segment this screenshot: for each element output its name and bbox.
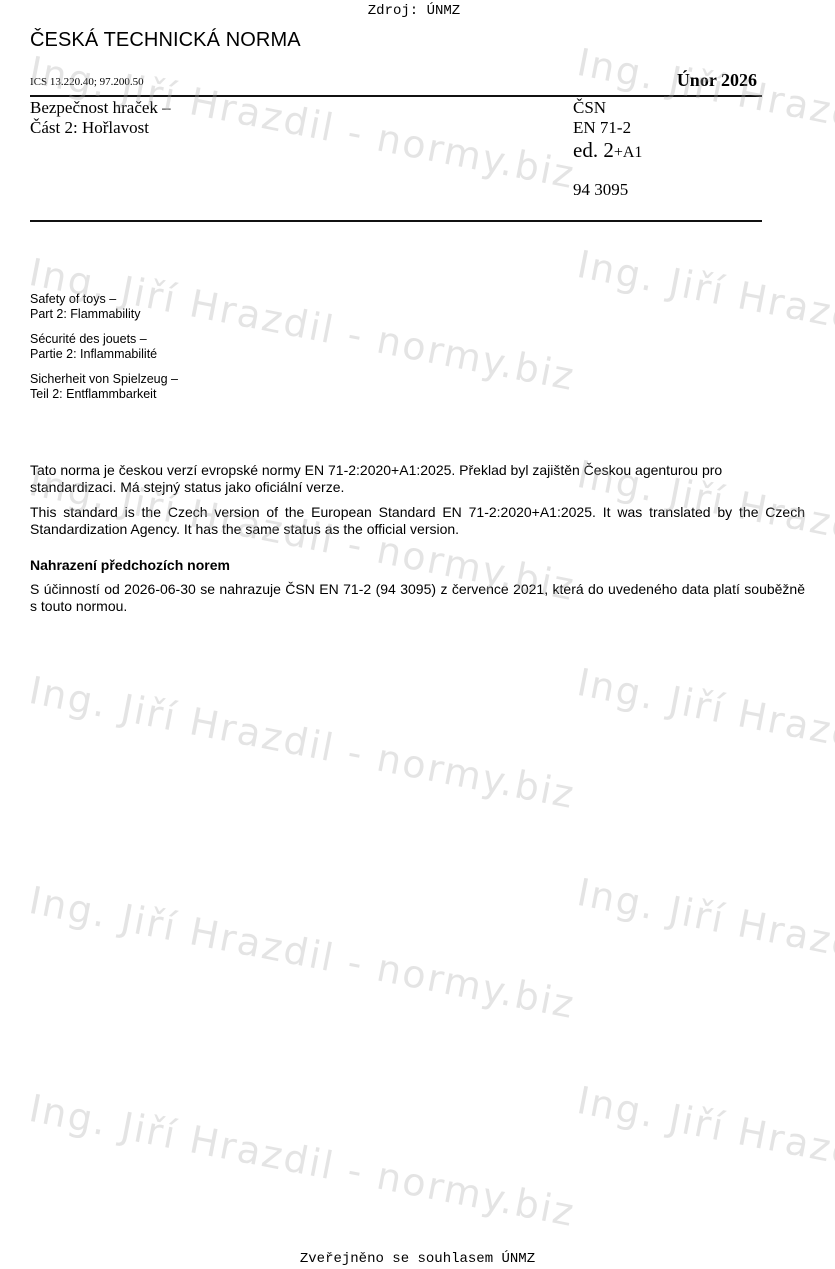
watermark: Ing. Jiří Hrazdil - normy.biz (26, 1086, 579, 1235)
translation-line: Safety of toys – (30, 292, 116, 306)
translation-german: Sicherheit von Spielzeug – Teil 2: Entfl… (30, 372, 178, 401)
translation-line: Sicherheit von Spielzeug – (30, 372, 178, 386)
class-number: 94 3095 (573, 180, 642, 200)
czech-title-line1: Bezpečnost hraček – (30, 98, 171, 118)
amendment-label: +A1 (614, 144, 643, 161)
header-rule-bottom (30, 220, 762, 222)
translation-line: Sécurité des jouets – (30, 332, 147, 346)
footer-line: Zveřejněno se souhlasem ÚNMZ (0, 1251, 835, 1267)
translation-english: Safety of toys – Part 2: Flammability (30, 292, 178, 321)
translation-line: Partie 2: Inflammabilité (30, 347, 157, 361)
source-line: Zdroj: ÚNMZ (0, 3, 828, 19)
watermark-layer: Ing. Jiří Hrazdil - normy.biz Ing. Jiří … (0, 0, 835, 1269)
replacement-heading: Nahrazení předchozích norem (30, 557, 805, 574)
translation-line: Part 2: Flammability (30, 307, 140, 321)
header-rule-top (30, 95, 762, 97)
standard-prefix: ČSN (573, 98, 642, 118)
watermark: Ing. Jiří Hrazdil - normy.biz (26, 668, 579, 817)
english-version-note: This standard is the Czech version of th… (30, 504, 805, 538)
standard-identifier: ČSN EN 71-2 ed. 2+A1 94 3095 (573, 98, 642, 200)
translation-french: Sécurité des jouets – Partie 2: Inflamma… (30, 332, 178, 361)
document-body: Tato norma je českou verzí evropské norm… (30, 462, 805, 623)
watermark: Ing. Jiří Hrazdil - normy.biz (574, 242, 835, 391)
watermark: Ing. Jiří Hrazdil - normy.biz (574, 1078, 835, 1227)
translation-line: Teil 2: Entflammbarkeit (30, 387, 156, 401)
publication-date: Únor 2026 (677, 70, 757, 91)
title-translations: Safety of toys – Part 2: Flammability Sé… (30, 292, 178, 412)
czech-title-line2: Část 2: Hořlavost (30, 118, 171, 138)
watermark: Ing. Jiří Hrazdil - normy.biz (26, 878, 579, 1027)
standard-number: EN 71-2 (573, 118, 642, 138)
ics-codes: ICS 13.220.40; 97.200.50 (30, 76, 144, 88)
czech-title: Bezpečnost hraček – Část 2: Hořlavost (30, 98, 171, 137)
replacement-text: S účinností od 2026-06-30 se nahrazuje Č… (30, 581, 805, 615)
edition-label: ed. 2 (573, 138, 614, 162)
watermark: Ing. Jiří Hrazdil - normy.biz (574, 870, 835, 1019)
standard-edition: ed. 2+A1 (573, 137, 642, 166)
czech-version-note: Tato norma je českou verzí evropské norm… (30, 462, 805, 496)
norm-title: ČESKÁ TECHNICKÁ NORMA (30, 29, 301, 52)
watermark: Ing. Jiří Hrazdil - normy.biz (574, 660, 835, 809)
